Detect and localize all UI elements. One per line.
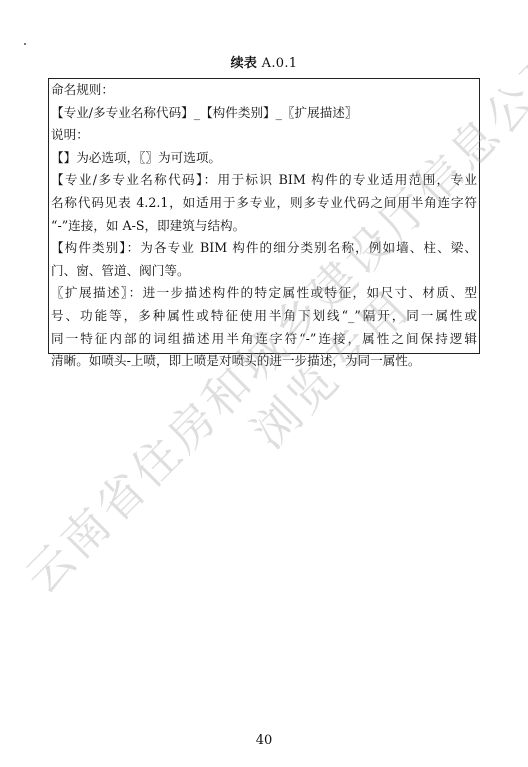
notes-discipline-code-1: 【专业/多专业名称代码】：用于标识 BIM 构件的专业适用范围，专业 [51,169,477,192]
table-caption: 续表 A.0.1 [0,52,528,71]
notes-extended-desc-3: 同一特征内部的词组描述用半角连字符“-”连接，属性之间保持逻辑 [51,328,477,351]
table-caption-prefix: 续表 [231,56,258,71]
notes-component-category-2: 门、窗、管道、阀门等。 [51,260,477,283]
page-number: 40 [0,733,528,748]
rule-heading: 命名规则： [51,79,477,102]
notes-extended-desc-2: 号、功能等，多种属性或特征使用半角下划线“_”隔开，同一属性或 [51,305,477,328]
notes-component-category-1: 【构件类别】：为各专业 BIM 构件的细分类别名称，例如墙、柱、梁、 [51,237,477,260]
notes-heading: 说明： [51,124,477,147]
notes-discipline-code-3: “-”连接，如 A-S，即建筑与结构。 [51,215,477,238]
table-caption-number: A.0.1 [262,56,298,71]
notes-extended-desc-1: 〖扩展描述〗：进一步描述构件的特定属性或特征，如尺寸、材质、型 [51,282,477,305]
stray-dot [24,43,26,45]
rule-pattern: 【专业/多专业名称代码】_【构件类别】_〖扩展描述〗 [51,102,477,125]
notes-discipline-code-2: 名称代码见表 4.2.1，如适用于多专业，则多专业代码之间用半角连字符 [51,192,477,215]
naming-rules-table: 命名规则： 【专业/多专业名称代码】_【构件类别】_〖扩展描述〗 说明： 【】为… [48,78,480,354]
notes-extended-desc-4: 清晰。如喷头-上喷，即上喷是对喷头的进一步描述，为同一属性。 [51,350,477,373]
notes-brackets: 【】为必选项，〖〗为可选项。 [51,147,477,170]
